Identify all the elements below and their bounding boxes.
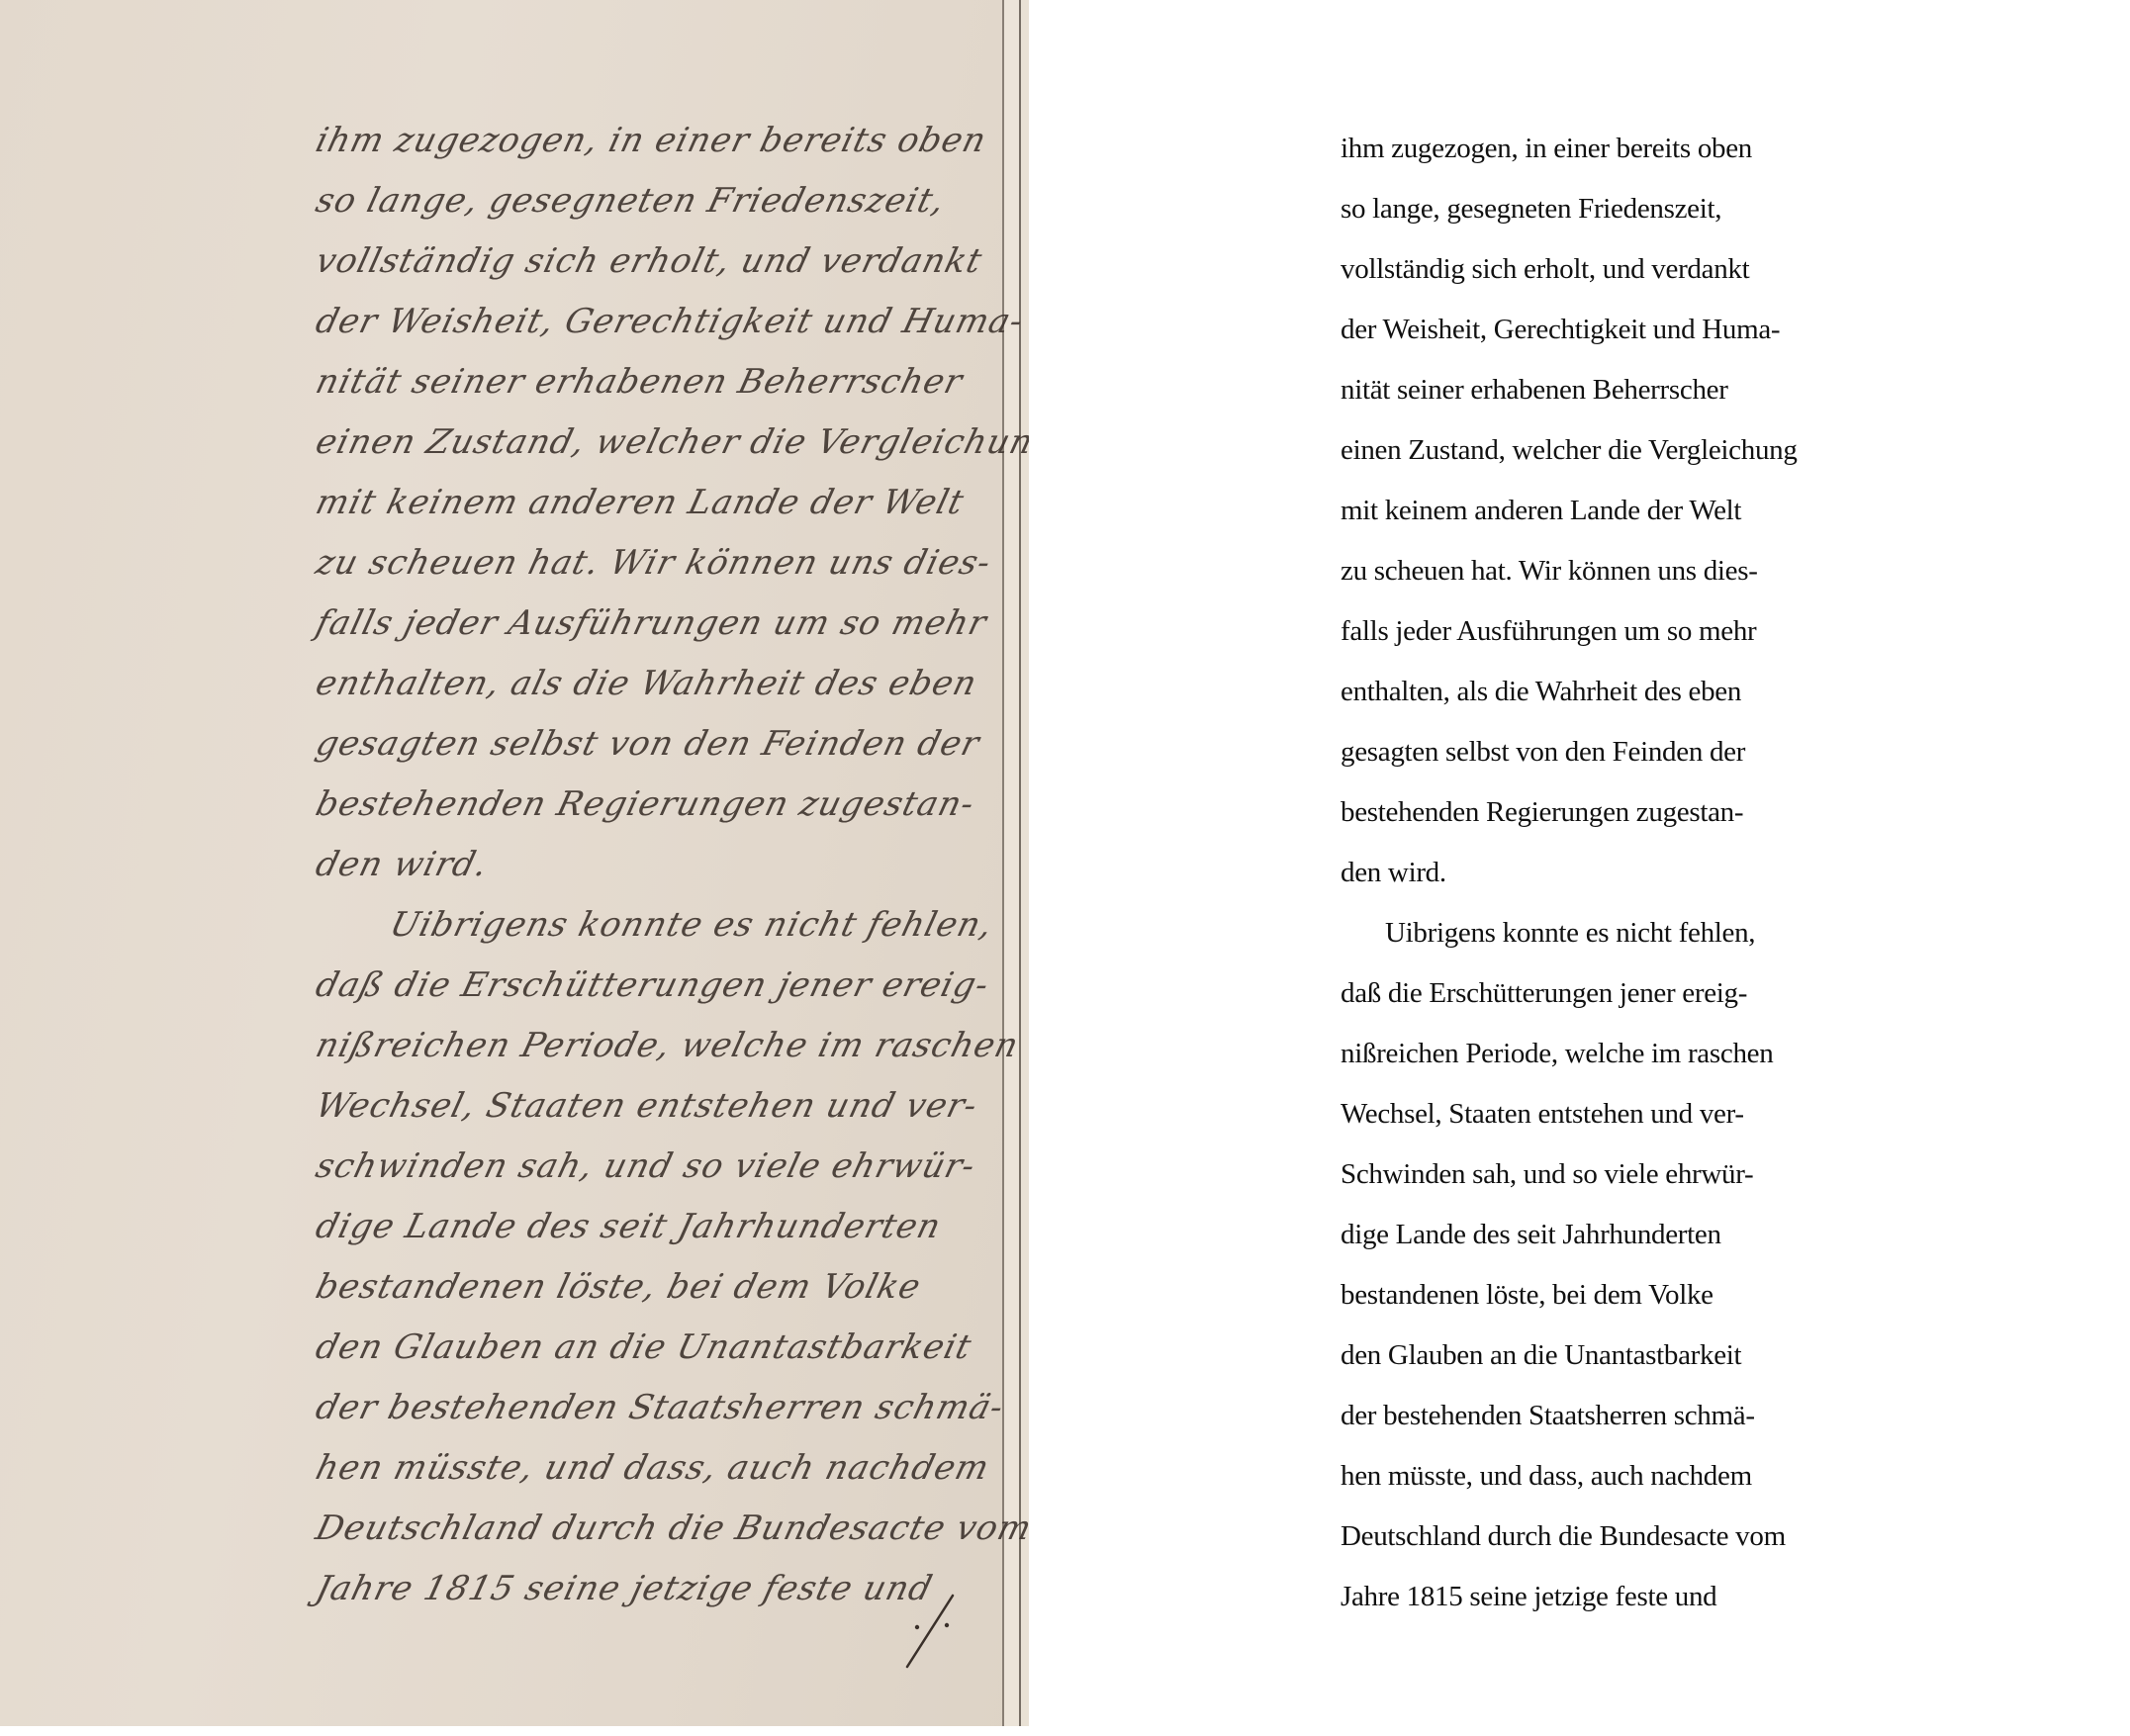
handwritten-line: ihm zugezogen, in einer bereits oben [309, 111, 1016, 171]
handwritten-line: enthalten, als die Wahrheit des eben [309, 654, 1016, 714]
transcription-line: enthalten, als die Wahrheit des eben [1341, 662, 2053, 722]
handwritten-line: mit keinem anderen Lande der Welt [309, 473, 1016, 533]
page-edge-line-outer [1019, 0, 1021, 1726]
handwritten-line: bestandenen löste, bei dem Volke [309, 1257, 1016, 1318]
transcription-line: mit keinem anderen Lande der Welt [1341, 481, 2053, 541]
transcription-line: Deutschland durch die Bundesacte vom [1341, 1507, 2053, 1567]
transcription-line: dige Lande des seit Jahrhunderten [1341, 1205, 2053, 1265]
handwritten-line: der Weisheit, Gerechtigkeit und Huma- [309, 292, 1016, 352]
handwritten-line: bestehenden Regierungen zugestan- [309, 775, 1016, 835]
handwritten-line: dige Lande des seit Jahrhunderten [309, 1197, 1016, 1257]
transcription-line: der bestehenden Staatsherren schmä- [1341, 1386, 2053, 1446]
transcription-line: Wechsel, Staaten entstehen und ver- [1341, 1084, 2053, 1144]
handwritten-line: nißreichen Periode, welche im raschen [309, 1016, 1016, 1076]
page-edge-strip-outer [1021, 0, 1029, 1726]
handwritten-line: so lange, gesegneten Friedenszeit, [309, 171, 1016, 231]
transcription-line: bestandenen löste, bei dem Volke [1341, 1265, 2053, 1325]
transcription-line: hen müsste, und dass, auch nachdem [1341, 1446, 2053, 1507]
handwritten-text: ihm zugezogen, in einer bereits obenso l… [317, 111, 1009, 1619]
transcription-line: gesagten selbst von den Feinden der [1341, 722, 2053, 782]
handwritten-line: Deutschland durch die Bundesacte vom [309, 1499, 1016, 1559]
handwritten-line: daß die Erschütterungen jener ereig- [309, 956, 1016, 1016]
handwritten-line: Uibrigens konnte es nicht fehlen, [309, 895, 1016, 956]
transcription-line: bestehenden Regierungen zugestan- [1341, 782, 2053, 843]
handwritten-line: Wechsel, Staaten entstehen und ver- [309, 1076, 1016, 1137]
handwritten-line: nität seiner erhabenen Beherrscher [309, 352, 1016, 412]
transcription-line: so lange, gesegneten Friedenszeit, [1341, 179, 2053, 239]
handwritten-line: den wird. [309, 835, 1016, 895]
handwritten-line: gesagten selbst von den Feinden der [309, 714, 1016, 775]
handwritten-line: vollständig sich erholt, und verdankt [309, 231, 1016, 292]
transcription-line: zu scheuen hat. Wir können uns dies- [1341, 541, 2053, 601]
handwritten-line: zu scheuen hat. Wir können uns dies- [309, 533, 1016, 594]
transcription-line: den wird. [1341, 843, 2053, 903]
transcription-line: ihm zugezogen, in einer bereits oben [1341, 119, 2053, 179]
transcription-line: Jahre 1815 seine jetzige feste und [1341, 1567, 2053, 1627]
handwritten-line: falls jeder Ausführungen um so mehr [309, 594, 1016, 654]
handwritten-line: schwinden sah, und so viele ehrwür- [309, 1137, 1016, 1197]
handwritten-line: den Glauben an die Unantastbarkeit [309, 1318, 1016, 1378]
end-mark-icon [895, 1588, 965, 1677]
handwritten-line: der bestehenden Staatsherren schmä- [309, 1378, 1016, 1438]
handwritten-line: einen Zustand, welcher die Vergleichung [309, 412, 1016, 473]
transcription-line: Uibrigens konnte es nicht fehlen, [1341, 903, 2053, 963]
transcription-line: falls jeder Ausführungen um so mehr [1341, 601, 2053, 662]
handwritten-line: hen müsste, und dass, auch nachdem [309, 1438, 1016, 1499]
transcription-text: ihm zugezogen, in einer bereits obenso l… [1341, 119, 2053, 1627]
manuscript-scan: ihm zugezogen, in einer bereits obenso l… [0, 0, 1029, 1726]
transcription-line: den Glauben an die Unantastbarkeit [1341, 1325, 2053, 1386]
transcription-line: der Weisheit, Gerechtigkeit und Huma- [1341, 300, 2053, 360]
transcription-line: Schwinden sah, und so viele ehrwür- [1341, 1144, 2053, 1205]
transcription-line: nität seiner erhabenen Beherrscher [1341, 360, 2053, 420]
transcription-line: nißreichen Periode, welche im raschen [1341, 1024, 2053, 1084]
transcription-line: einen Zustand, welcher die Vergleichung [1341, 420, 2053, 481]
transcription-line: vollständig sich erholt, und verdankt [1341, 239, 2053, 300]
transcription-line: daß die Erschütterungen jener ereig- [1341, 963, 2053, 1024]
